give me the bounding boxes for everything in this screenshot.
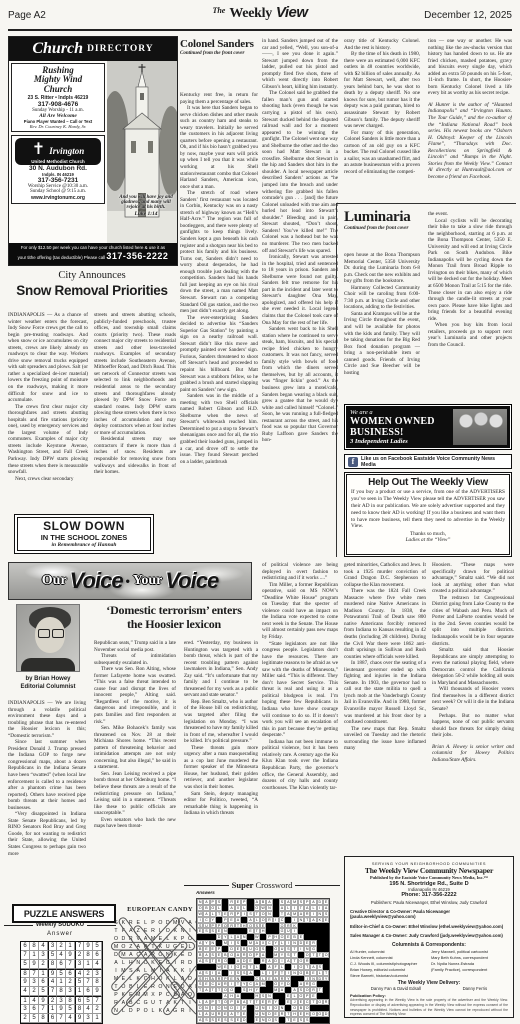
- svg-text:I: I: [189, 1000, 190, 1006]
- church-title-caps: DIRECTORY: [87, 44, 154, 54]
- svg-text:E: E: [122, 976, 126, 982]
- voice-column-5: geted minorities, Catholics and Jews. It…: [344, 562, 426, 850]
- church-ad-phone: 317-356-2222: [106, 251, 168, 261]
- svg-text:D: D: [122, 936, 126, 942]
- help-out-body: If you buy a product or use a service, f…: [351, 489, 505, 530]
- slow-down-ad: SLOW DOWN IN THE SCHOOL ZONES in Remembr…: [14, 514, 154, 554]
- church-directory-ad: Church DIRECTORY Rushing Mighty Wind Chu…: [8, 36, 178, 266]
- sanders-column-3: orary title of Kentucky Colonel. And the…: [344, 38, 420, 200]
- svg-text:H: H: [151, 976, 155, 982]
- svg-text:X: X: [151, 992, 155, 998]
- masthead-phone: Phone: 317-356-2222: [350, 892, 508, 898]
- svg-text:P: P: [136, 1008, 140, 1014]
- help-out-box: Help Out The Weekly View If you buy a pr…: [344, 472, 512, 557]
- svg-text:I: I: [115, 968, 116, 974]
- church-photo-caption: And you will have joy and gladness, and …: [117, 195, 175, 217]
- svg-text:R: R: [129, 920, 133, 926]
- columnist-byline: by Brian Howey Editorial Columnist: [8, 675, 88, 691]
- columnist-portrait: [16, 604, 80, 672]
- svg-text:M: M: [121, 952, 125, 958]
- publication-policy-text: Advertising appearing in the Weekly View…: [350, 998, 508, 1016]
- our-voice-your-voice-banner: Our Voice • Your Voice: [8, 562, 252, 600]
- voice-column-3: ered. “Yesterday, my business in Hunting…: [184, 640, 258, 876]
- voice-article-headline: ‘Domestic terrorism’ enters the Hoosier …: [88, 603, 260, 632]
- voice-column-2: Republican seats,” Trump said in a late …: [94, 640, 176, 902]
- svg-text:R: R: [151, 928, 155, 934]
- svg-text:D: D: [188, 976, 192, 982]
- voice-column-6: Hoosiers. “These maps were specifically …: [432, 562, 514, 842]
- masthead-the: The: [212, 6, 225, 15]
- sudoku-answer-grid: 6843217957135492865928673148719564239364…: [20, 941, 103, 1024]
- svg-text:P: P: [114, 992, 118, 998]
- sudoku-label: Weekly SUDOKU: [4, 922, 116, 928]
- bible-verse: Luke 1:14: [117, 211, 175, 217]
- sanders-continued-line: Continued from the front cover: [180, 51, 260, 56]
- luminaria-column-2: the event.Local cyclists will be decorat…: [428, 211, 512, 400]
- luminaria-top-rule: [336, 203, 516, 204]
- rushing-church-ad: Rushing Mighty Wind Church 23 S. Ritter …: [11, 63, 105, 132]
- svg-text:E: E: [173, 984, 177, 990]
- glasses-detail: [38, 629, 50, 638]
- sanders-column-1: Kentucky rent free, in return for paying…: [180, 92, 258, 556]
- svg-text:S: S: [129, 968, 133, 974]
- masthead-box: SERVING YOUR NEIGHBORHOOD COMMUNITIES Th…: [344, 856, 514, 1018]
- irvington-logo: ✝ Irvington United Methodist Church: [15, 138, 101, 165]
- svg-text:O: O: [158, 984, 162, 990]
- masthead-weekly: Weekly: [229, 6, 272, 21]
- masthead-title: The Weekly View Community Newspaper: [350, 866, 508, 875]
- luminaria-column-1: open house at the Bona Thompson Memorial…: [344, 252, 420, 400]
- church-photo: And you will have joy and gladness, and …: [107, 61, 177, 243]
- church-directory-header: Church DIRECTORY: [9, 37, 177, 61]
- svg-text:Z: Z: [137, 928, 140, 934]
- svg-text:U: U: [166, 944, 170, 950]
- svg-text:K: K: [151, 960, 155, 966]
- svg-text:M: M: [114, 944, 118, 950]
- svg-text:L: L: [144, 968, 147, 974]
- svg-text:N: N: [114, 1008, 118, 1014]
- svg-text:P: P: [181, 936, 185, 942]
- crossword-answers-label: Answers: [196, 890, 215, 895]
- svg-text:D: D: [188, 952, 192, 958]
- svg-text:O: O: [121, 944, 125, 950]
- svg-text:V: V: [181, 920, 185, 926]
- sanders-article-headline-block: Colonel Sanders Continued from the front…: [180, 38, 260, 56]
- svg-text:A: A: [144, 952, 148, 958]
- svg-text:A: A: [166, 1008, 170, 1014]
- puzzle-answers-header: PUZZLE ANSWERS: [12, 904, 116, 923]
- svg-text:T: T: [114, 928, 118, 934]
- svg-text:Z: Z: [129, 944, 132, 950]
- crossword-answer-grid: NAPSREPABASAMSPADEOBOLAXLOWNALITALIAWALT…: [196, 898, 330, 1024]
- snow-article-headline: Snow Removal Priorities: [4, 283, 180, 298]
- svg-text:I: I: [160, 968, 161, 974]
- sanders-column-2: in hand. Sanders jumped out of the car a…: [262, 38, 338, 556]
- svg-text:L: L: [144, 920, 147, 926]
- svg-text:G: G: [144, 1000, 148, 1006]
- svg-text:M: M: [173, 920, 177, 926]
- svg-text:I: I: [189, 928, 190, 934]
- bullet-dot: •: [126, 574, 130, 588]
- crossword-header: Super Crossword: [184, 880, 340, 890]
- svg-text:K: K: [181, 968, 185, 974]
- voice-column-4: of political violence are being deployed…: [262, 562, 338, 854]
- svg-text:D: D: [129, 1008, 133, 1014]
- svg-text:L: L: [189, 944, 192, 950]
- svg-text:A: A: [122, 1000, 126, 1006]
- church-ad-footer: For only $12.50 per week you can have yo…: [9, 243, 177, 265]
- facebook-icon: f: [348, 457, 358, 467]
- svg-text:S: S: [114, 920, 118, 926]
- svg-text:L: L: [122, 960, 125, 966]
- svg-text:R: R: [181, 960, 185, 966]
- snow-article-kicker: City Announces: [8, 270, 176, 281]
- columnists-list-left: Al Hunter, columnistLinda Kennett, colum…: [350, 949, 427, 978]
- svg-text:D: D: [188, 960, 192, 966]
- svg-text:E: E: [181, 944, 185, 950]
- three-women-photo: [453, 409, 507, 445]
- svg-text:K: K: [122, 920, 126, 926]
- sudoku-answer-label: Answer: [4, 931, 116, 937]
- snow-column-1: INDIANAPOLIS — As a chance of winter wea…: [8, 312, 88, 510]
- columnists-list-right: Jerry Maxwell, political cartoonistMary …: [431, 949, 508, 978]
- svg-text:D: D: [114, 952, 118, 958]
- women-owned-business-ad: We are a WOMEN OWNED BUSINESS! 3 Indepen…: [344, 404, 512, 450]
- svg-text:P: P: [159, 992, 163, 998]
- issue-date: December 12, 2025: [424, 10, 512, 21]
- svg-text:K: K: [159, 1008, 163, 1014]
- masthead-view: View: [276, 4, 308, 21]
- svg-text:O: O: [166, 928, 170, 934]
- header-rule: [8, 29, 512, 31]
- svg-text:O: O: [158, 920, 162, 926]
- svg-text:R: R: [181, 1008, 185, 1014]
- help-out-title: Help Out The Weekly View: [351, 477, 505, 488]
- snow-column-2: streets and streets abutting schools, pu…: [94, 312, 176, 510]
- svg-text:O: O: [114, 936, 118, 942]
- svg-text:E: E: [159, 936, 163, 942]
- svg-text:A: A: [129, 952, 133, 958]
- svg-text:P: P: [151, 920, 155, 926]
- luminaria-left-rule: [336, 203, 337, 557]
- svg-text:A: A: [114, 960, 118, 966]
- masthead-owners: Creative Director & Co-Owner: Paula Nice…: [350, 909, 508, 938]
- svg-text:A: A: [144, 936, 148, 942]
- irvington-church-ad: ✝ Irvington United Methodist Church 30 N…: [11, 135, 105, 204]
- sanders-headline: Colonel Sanders: [180, 38, 260, 50]
- svg-text:L: L: [152, 1008, 155, 1014]
- svg-text:U: U: [151, 1000, 155, 1006]
- newspaper-page: Page A2 The Weekly View December 12, 202…: [0, 0, 520, 1024]
- voice-column-1: INDIANAPOLIS — We are living through a v…: [8, 700, 86, 902]
- svg-text:T: T: [159, 1000, 163, 1006]
- facebook-promo-bar: f Like us on Facebook Eastside Voice Com…: [344, 454, 512, 469]
- svg-text:E: E: [136, 920, 140, 926]
- svg-text:N: N: [136, 960, 140, 966]
- svg-text:K: K: [173, 936, 177, 942]
- church-title-script: Church: [32, 40, 83, 58]
- sanders-column-4: tion — one way or another. He was nothin…: [428, 38, 512, 201]
- svg-text:K: K: [173, 952, 177, 958]
- svg-text:O: O: [144, 1008, 148, 1014]
- cross-icon: ✝: [32, 141, 45, 158]
